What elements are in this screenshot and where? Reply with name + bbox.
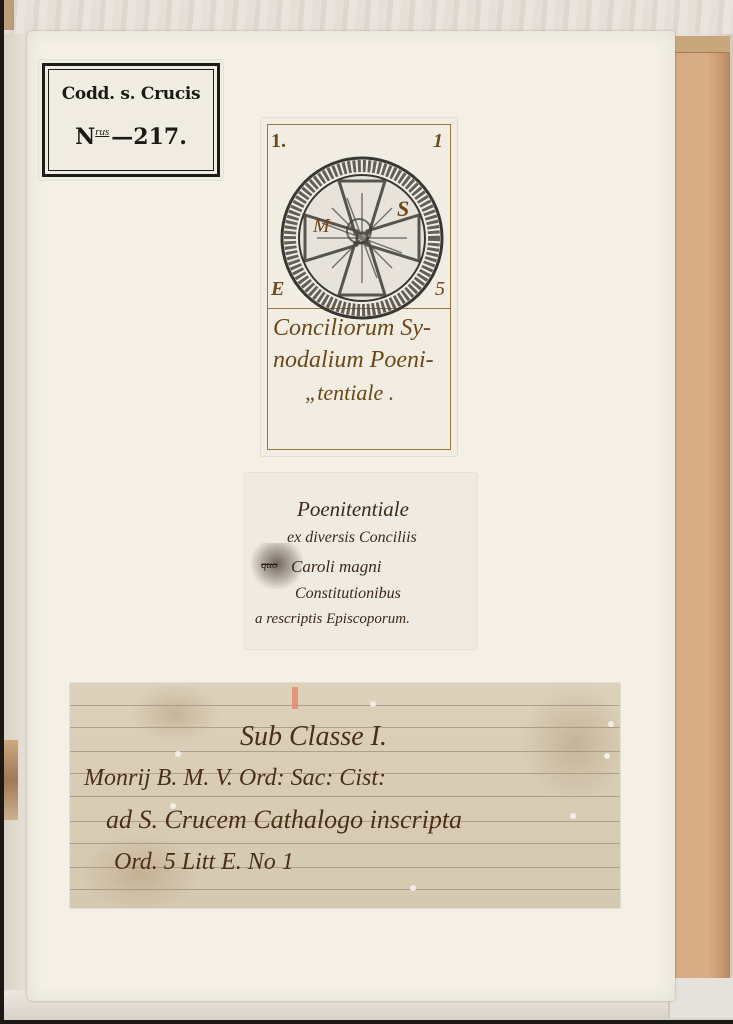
note-struck-margin: quo bbox=[261, 559, 278, 571]
note-line-1: Poenitentiale bbox=[297, 497, 409, 522]
worm-hole bbox=[570, 813, 576, 819]
paper-stain bbox=[130, 683, 220, 743]
class-line-1: Sub Classe I. bbox=[240, 721, 387, 753]
worm-hole bbox=[370, 701, 376, 707]
class-line-2: Monrij B. M. V. Ord: Sac: Cist: bbox=[84, 765, 386, 792]
class-line-4: Ord. 5 Litt E. No 1 bbox=[114, 849, 294, 876]
ruled-line bbox=[70, 796, 620, 797]
red-ink-mark bbox=[292, 687, 298, 709]
class-catalogue-label: Sub Classe I. Monrij B. M. V. Ord: Sac: … bbox=[70, 683, 620, 908]
seal-title-line-3: „tentiale . bbox=[305, 382, 394, 404]
worm-hole bbox=[175, 751, 181, 757]
class-line-3: ad S. Crucem Cathalogo inscripta bbox=[106, 805, 462, 835]
seal-title-line-1: Conciliorum Sy- bbox=[273, 316, 431, 340]
note-line-2: ex diversis Conciliis bbox=[287, 529, 417, 547]
corner-top-right: 1 bbox=[433, 130, 443, 153]
seal-label: 1. 1 E 5 M S Conci bbox=[261, 118, 457, 456]
shelfmark-label: Codd. s. Crucis Nrus—217. bbox=[39, 60, 223, 180]
note-line-4: Constitutionibus bbox=[295, 585, 401, 603]
worm-hole bbox=[608, 721, 614, 727]
shelfmark-number: Nrus—217. bbox=[39, 124, 223, 150]
seal-letter-m: M bbox=[313, 216, 330, 236]
leather-turn-in-strip bbox=[672, 36, 730, 981]
manuscript-cover-photo: Codd. s. Crucis Nrus—217. 1. 1 E 5 bbox=[0, 0, 733, 1024]
number-dash: — bbox=[111, 124, 133, 150]
collection-name: Codd. s. Crucis bbox=[39, 84, 223, 104]
number-prefix: N bbox=[75, 124, 95, 150]
leather-strip-top bbox=[672, 36, 730, 53]
handwritten-note-label: Poenitentiale ex diversis Conciliis quo … bbox=[245, 473, 477, 649]
binding-stain-top bbox=[4, 0, 14, 30]
binding-corner bbox=[668, 978, 733, 1018]
wax-seal-impression-icon bbox=[277, 153, 447, 323]
seal-letter-s: S bbox=[397, 198, 409, 220]
number-value: 217. bbox=[133, 124, 187, 150]
worm-hole bbox=[410, 885, 416, 891]
paper-stain bbox=[520, 683, 620, 803]
binding-top-edge bbox=[4, 0, 733, 34]
note-line-5: a rescriptis Episcoporum. bbox=[255, 611, 410, 628]
seal-title-line-2: nodalium Poeni- bbox=[273, 348, 434, 372]
binding-stain bbox=[4, 740, 18, 820]
corner-top-left: 1. bbox=[271, 130, 286, 153]
number-superscript: rus bbox=[95, 126, 109, 138]
worm-hole bbox=[604, 753, 610, 759]
note-line-3: Caroli magni bbox=[291, 557, 382, 577]
